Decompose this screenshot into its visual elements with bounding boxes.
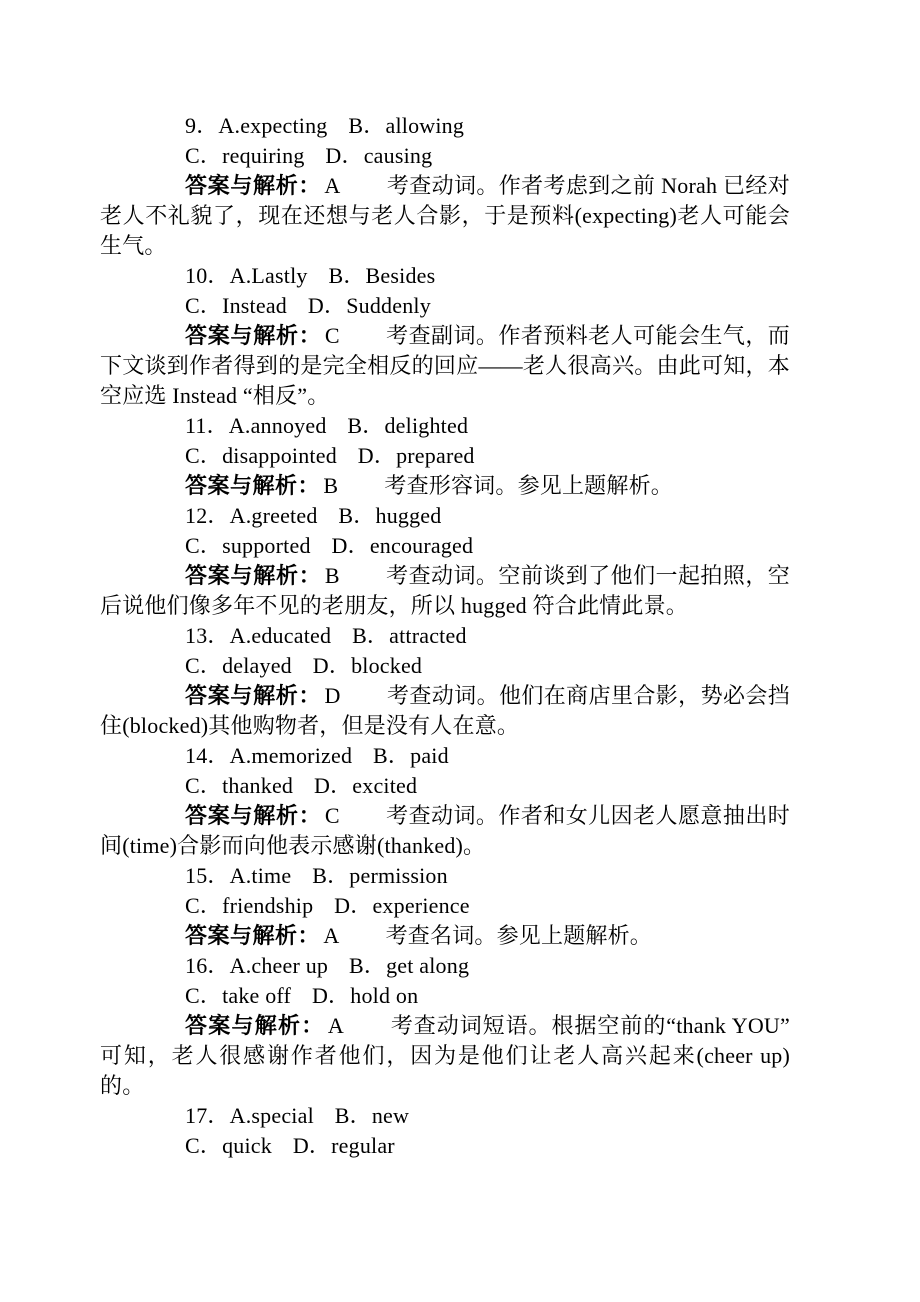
question-number: 14． — [185, 743, 230, 768]
question-block: 11．A.annoyedB．delighted C．disappointedD．… — [100, 411, 790, 501]
options-line-ab: 13．A.educatedB．attracted — [100, 621, 790, 651]
option-c: C．thanked — [185, 773, 293, 798]
option-c: C．requiring — [185, 143, 305, 168]
options-line-cd: C．requiringD．causing — [100, 141, 790, 171]
option-b: B．Besides — [328, 263, 435, 288]
answer-label: 答案与解析： — [185, 563, 322, 588]
option-d: D．prepared — [358, 443, 475, 468]
question-block: 10．A.LastlyB．Besides C．InsteadD．Suddenly… — [100, 261, 790, 411]
question-block: 15．A.timeB．permission C．friendshipD．expe… — [100, 861, 790, 951]
option-d: D．causing — [325, 143, 432, 168]
question-block: 14．A.memorizedB．paid C．thankedD．excited … — [100, 741, 790, 861]
option-b: B．hugged — [338, 503, 441, 528]
question-number: 9． — [185, 113, 218, 138]
question-number: 15． — [185, 863, 230, 888]
answer-explanation-paragraph: 答案与解析：D考查动词。他们在商店里合影，势必会挡住(blocked)其他购物者… — [100, 681, 790, 741]
options-line-ab: 17．A.specialB．new — [100, 1101, 790, 1131]
option-c: C．take off — [185, 983, 291, 1008]
explanation-text: 考查形容词。参见上题解析。 — [384, 473, 673, 498]
option-a: A.greeted — [230, 503, 318, 528]
option-d: D．blocked — [313, 653, 422, 678]
option-c: C．disappointed — [185, 443, 337, 468]
option-a: A.special — [230, 1103, 314, 1128]
answer-explanation-paragraph: 答案与解析：B考查动词。空前谈到了他们一起拍照，空后说他们像多年不见的老朋友，所… — [100, 561, 790, 621]
option-c: C．supported — [185, 533, 311, 558]
answer-letter: B — [323, 473, 338, 498]
options-line-cd: C．delayedD．blocked — [100, 651, 790, 681]
option-d: D．regular — [293, 1133, 395, 1158]
option-a: A.memorized — [230, 743, 353, 768]
question-number: 13． — [185, 623, 230, 648]
options-line-ab: 15．A.timeB．permission — [100, 861, 790, 891]
options-line-cd: C．take offD．hold on — [100, 981, 790, 1011]
question-block: 17．A.specialB．new C．quickD．regular — [100, 1101, 790, 1161]
answer-explanation-paragraph: 答案与解析：A考查动词。作者考虑到之前 Norah 已经对老人不礼貌了，现在还想… — [100, 171, 790, 261]
option-d: D．hold on — [312, 983, 418, 1008]
options-line-cd: C．supportedD．encouraged — [100, 531, 790, 561]
question-number: 17． — [185, 1103, 230, 1128]
question-number: 12． — [185, 503, 230, 528]
document-page: 9．A.expectingB．allowing C．requiringD．cau… — [0, 0, 920, 1302]
answer-label: 答案与解析： — [185, 473, 320, 498]
answer-letter: C — [325, 323, 340, 348]
option-b: B．attracted — [352, 623, 467, 648]
option-a: A.time — [230, 863, 292, 888]
option-b: B．permission — [312, 863, 448, 888]
option-c: C．Instead — [185, 293, 287, 318]
options-line-ab: 11．A.annoyedB．delighted — [100, 411, 790, 441]
options-line-cd: C．quickD．regular — [100, 1131, 790, 1161]
question-block: 13．A.educatedB．attracted C．delayedD．bloc… — [100, 621, 790, 741]
option-d: D．Suddenly — [308, 293, 431, 318]
options-line-cd: C．friendshipD．experience — [100, 891, 790, 921]
answer-label: 答案与解析： — [185, 683, 321, 708]
option-c: C．friendship — [185, 893, 313, 918]
options-line-cd: C．thankedD．excited — [100, 771, 790, 801]
answer-letter: B — [325, 563, 340, 588]
options-line-ab: 12．A.greetedB．hugged — [100, 501, 790, 531]
answer-label: 答案与解析： — [185, 323, 322, 348]
question-number: 11． — [185, 413, 229, 438]
answer-letter: A — [323, 923, 339, 948]
option-b: B．paid — [373, 743, 449, 768]
explanation-text: 考查名词。参见上题解析。 — [386, 923, 652, 948]
option-d: D．excited — [314, 773, 417, 798]
question-number: 16． — [185, 953, 230, 978]
option-d: D．encouraged — [332, 533, 474, 558]
question-block: 9．A.expectingB．allowing C．requiringD．cau… — [100, 111, 790, 261]
answer-label: 答案与解析： — [185, 1013, 325, 1038]
options-line-cd: C．disappointedD．prepared — [100, 441, 790, 471]
question-block: 12．A.greetedB．hugged C．supportedD．encour… — [100, 501, 790, 621]
answer-letter: D — [325, 683, 341, 708]
option-b: B．allowing — [348, 113, 464, 138]
options-line-ab: 16．A.cheer upB．get along — [100, 951, 790, 981]
option-d: D．experience — [334, 893, 470, 918]
options-line-ab: 9．A.expectingB．allowing — [100, 111, 790, 141]
answer-explanation-paragraph: 答案与解析：A考查动词短语。根据空前的“thank YOU”可知，老人很感谢作者… — [100, 1011, 790, 1101]
answer-explanation-paragraph: 答案与解析：C考查动词。作者和女儿因老人愿意抽出时间(time)合影而向他表示感… — [100, 801, 790, 861]
question-block: 16．A.cheer upB．get along C．take offD．hol… — [100, 951, 790, 1101]
answer-explanation-paragraph: 答案与解析：B考查形容词。参见上题解析。 — [100, 471, 790, 501]
options-line-cd: C．InsteadD．Suddenly — [100, 291, 790, 321]
option-c: C．quick — [185, 1133, 272, 1158]
option-b: B．get along — [349, 953, 469, 978]
option-a: A.educated — [230, 623, 332, 648]
answer-letter: A — [328, 1013, 344, 1038]
option-a: A.annoyed — [229, 413, 327, 438]
option-b: B．new — [335, 1103, 409, 1128]
options-line-ab: 14．A.memorizedB．paid — [100, 741, 790, 771]
option-a: A.Lastly — [230, 263, 308, 288]
answer-letter: C — [325, 803, 340, 828]
answer-explanation-paragraph: 答案与解析：C考查副词。作者预料老人可能会生气，而下文谈到作者得到的是完全相反的… — [100, 321, 790, 411]
options-line-ab: 10．A.LastlyB．Besides — [100, 261, 790, 291]
option-b: B．delighted — [347, 413, 468, 438]
answer-label: 答案与解析： — [185, 173, 321, 198]
option-a: A.expecting — [218, 113, 327, 138]
option-c: C．delayed — [185, 653, 292, 678]
option-a: A.cheer up — [230, 953, 329, 978]
question-number: 10． — [185, 263, 230, 288]
answer-label: 答案与解析： — [185, 803, 322, 828]
answer-explanation-paragraph: 答案与解析：A考查名词。参见上题解析。 — [100, 921, 790, 951]
answer-label: 答案与解析： — [185, 923, 320, 948]
answer-key-content: 9．A.expectingB．allowing C．requiringD．cau… — [100, 111, 790, 1161]
answer-letter: A — [324, 173, 340, 198]
